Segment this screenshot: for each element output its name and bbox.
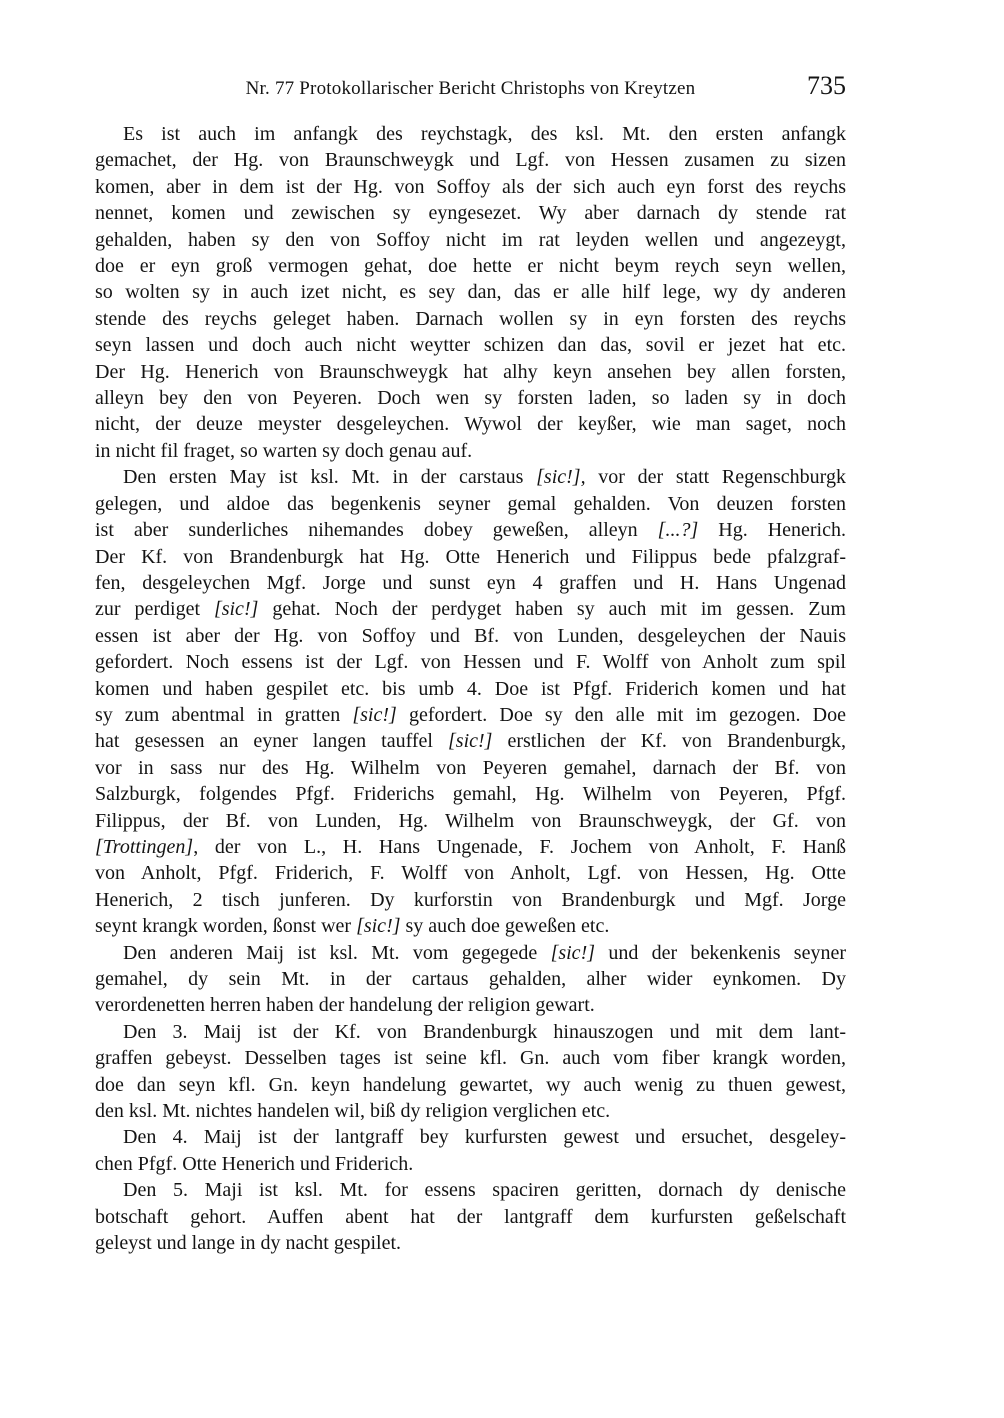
text-line: komen und haben gespilet etc. bis umb 4.… <box>95 676 846 702</box>
text-line: komen, aber in dem ist der Hg. von Soffo… <box>95 174 846 200</box>
paragraph: Den anderen Maij ist ksl. Mt. vom gegege… <box>95 940 846 1019</box>
book-page: Nr. 77 Protokollarischer Bericht Christo… <box>0 0 1004 1418</box>
text-segment: hat gesessen an eyner langen tauffel <box>95 730 448 752</box>
text-segment: geleyst und lange in dy nacht gespilet. <box>95 1232 401 1254</box>
text-line: sy zum abentmal in gratten [sic!] geford… <box>95 702 846 728</box>
text-segment: Der Kf. von Brandenburgk hat Hg. Otte He… <box>95 546 846 568</box>
text-segment: in nicht fil fraget, so warten sy doch g… <box>95 440 472 462</box>
text-line: hat gesessen an eyner langen tauffel [si… <box>95 728 846 754</box>
text-segment: Es ist auch im anfangk des reychstagk, d… <box>123 123 846 145</box>
text-segment: Henerich, 2 tisch junferen. Dy kurforsti… <box>95 889 846 911</box>
text-segment: Der Hg. Henerich von Braunschweygk hat a… <box>95 361 846 383</box>
text-segment: zur perdiget <box>95 598 214 620</box>
paragraph: Es ist auch im anfangk des reychstagk, d… <box>95 121 846 464</box>
text-line: Den ersten May ist ksl. Mt. in der carst… <box>95 464 846 490</box>
text-line: nennet, komen und zewischen sy eyngeseze… <box>95 200 846 226</box>
text-segment: Den 5. Maji ist ksl. Mt. for essens spac… <box>123 1179 846 1201</box>
text-line: doe er eyn groß vermogen gehat, doe hett… <box>95 253 846 279</box>
text-line: seyn lassen und doch auch nicht weytter … <box>95 332 846 358</box>
text-line: chen Pfgf. Otte Henerich und Friderich. <box>95 1151 846 1177</box>
paragraph: Den 5. Maji ist ksl. Mt. for essens spac… <box>95 1177 846 1256</box>
text-line: Der Kf. von Brandenburgk hat Hg. Otte He… <box>95 544 846 570</box>
running-head: Nr. 77 Protokollarischer Bericht Christo… <box>95 76 846 102</box>
text-line: gemachet, der Hg. von Braunschweygk und … <box>95 147 846 173</box>
text-segment: Den 3. Maij ist der Kf. von Brandenburgk… <box>123 1021 846 1043</box>
text-segment: gefordert. Noch essens ist der Lgf. von … <box>95 651 846 673</box>
text-segment: komen und haben gespilet etc. bis umb 4.… <box>95 678 846 700</box>
text-segment: so wolten sy in auch izet nicht, es sey … <box>95 281 846 303</box>
text-line: Filippus, der Bf. von Lunden, Hg. Wilhel… <box>95 808 846 834</box>
text-line: Den 3. Maij ist der Kf. von Brandenburgk… <box>95 1019 846 1045</box>
editorial-note: [sic!] <box>551 942 595 964</box>
text-line: essen ist aber der Hg. von Soffoy und Bf… <box>95 623 846 649</box>
text-line: ist aber sunderliches nihemandes dobey g… <box>95 517 846 543</box>
text-segment: vor der statt Regenschburgk <box>586 466 846 488</box>
text-line: seynt krangk worden, ßonst wer [sic!] sy… <box>95 913 846 939</box>
editorial-note: [sic!] <box>356 915 400 937</box>
text-segment: stende des reychs geleget haben. Darnach… <box>95 308 846 330</box>
text-block: Es ist auch im anfangk des reychstagk, d… <box>95 121 846 1256</box>
text-segment: alleyn bey den von Peyeren. Doch wen sy … <box>95 387 846 409</box>
paragraph: Den 4. Maij ist der lantgraff bey kurfur… <box>95 1124 846 1177</box>
text-segment: ist aber sunderliches nihemandes dobey g… <box>95 519 658 541</box>
text-segment: gelegen, und aldoe das begenkenis seyner… <box>95 493 846 515</box>
text-line: Salzburgk, folgendes Pfgf. Friderichs ge… <box>95 781 846 807</box>
text-segment: den ksl. Mt. nichtes handelen wil, biß d… <box>95 1100 610 1122</box>
text-line: zur perdiget [sic!] gehat. Noch der perd… <box>95 596 846 622</box>
text-segment: sy auch doe geweßen etc. <box>401 915 610 937</box>
text-line: gemahel, dy sein Mt. in der cartaus geha… <box>95 966 846 992</box>
text-line: Der Hg. Henerich von Braunschweygk hat a… <box>95 359 846 385</box>
text-segment: chen Pfgf. Otte Henerich und Friderich. <box>95 1153 413 1175</box>
text-segment: erstlichen der Kf. von Brandenburgk, <box>492 730 846 752</box>
text-line: gefordert. Noch essens ist der Lgf. von … <box>95 649 846 675</box>
text-segment: gemachet, der Hg. von Braunschweygk und … <box>95 149 846 171</box>
text-segment: Salzburgk, folgendes Pfgf. Friderichs ge… <box>95 783 846 805</box>
text-segment: essen ist aber der Hg. von Soffoy und Bf… <box>95 625 846 647</box>
text-segment: sy zum abentmal in gratten <box>95 704 352 726</box>
text-segment: gefordert. Doe sy den alle mit im gezoge… <box>397 704 846 726</box>
text-segment: nicht, der deuze meyster desgeleychen. W… <box>95 413 846 435</box>
text-line: so wolten sy in auch izet nicht, es sey … <box>95 279 846 305</box>
text-segment: , der von L., H. Hans Ungenade, F. Joche… <box>193 836 846 858</box>
text-segment: doe dan seyn kfl. Gn. keyn handelung gew… <box>95 1074 846 1096</box>
text-line: den ksl. Mt. nichtes handelen wil, biß d… <box>95 1098 846 1124</box>
text-line: Henerich, 2 tisch junferen. Dy kurforsti… <box>95 887 846 913</box>
editorial-note: [sic!] <box>352 704 396 726</box>
text-segment: vor in sass nur des Hg. Wilhelm von Peye… <box>95 757 846 779</box>
text-segment: gemahel, dy sein Mt. in der cartaus geha… <box>95 968 846 990</box>
text-segment: doe er eyn groß vermogen gehat, doe hett… <box>95 255 846 277</box>
text-segment: gehalden, haben sy den von Soffoy nicht … <box>95 229 846 251</box>
text-line: gelegen, und aldoe das begenkenis seyner… <box>95 491 846 517</box>
text-segment: Den ersten May ist ksl. Mt. in der carst… <box>123 466 536 488</box>
text-line: in nicht fil fraget, so warten sy doch g… <box>95 438 846 464</box>
text-segment: Den 4. Maij ist der lantgraff bey kurfur… <box>123 1126 846 1148</box>
text-segment: nennet, komen und zewischen sy eyngeseze… <box>95 202 846 224</box>
text-segment: graffen gebeyst. Desselben tages ist sei… <box>95 1047 846 1069</box>
text-segment: seyn lassen und doch auch nicht weytter … <box>95 334 846 356</box>
text-line: graffen gebeyst. Desselben tages ist sei… <box>95 1045 846 1071</box>
text-segment: botschaft gehort. Auffen abent hat der l… <box>95 1206 846 1228</box>
text-line: [Trottingen], der von L., H. Hans Ungena… <box>95 834 846 860</box>
text-line: fen, desgeleychen Mgf. Jorge und sunst e… <box>95 570 846 596</box>
text-line: botschaft gehort. Auffen abent hat der l… <box>95 1204 846 1230</box>
text-line: stende des reychs geleget haben. Darnach… <box>95 306 846 332</box>
text-segment: und der bekenkenis seyner <box>595 942 846 964</box>
text-line: vor in sass nur des Hg. Wilhelm von Peye… <box>95 755 846 781</box>
text-line: nicht, der deuze meyster desgeleychen. W… <box>95 411 846 437</box>
text-segment: von Anholt, Pfgf. Friderich, F. Wolff vo… <box>95 862 846 884</box>
text-segment: seynt krangk worden, ßonst wer <box>95 915 356 937</box>
text-segment: Hg. Henerich. <box>698 519 846 541</box>
text-line: doe dan seyn kfl. Gn. keyn handelung gew… <box>95 1072 846 1098</box>
page-header: Nr. 77 Protokollarischer Bericht Christo… <box>95 76 846 106</box>
editorial-note: [Trottingen] <box>95 836 193 858</box>
text-line: verordenetten herren haben der handelung… <box>95 992 846 1018</box>
text-segment: Filippus, der Bf. von Lunden, Hg. Wilhel… <box>95 810 846 832</box>
editorial-note: [sic!] <box>214 598 258 620</box>
text-segment: komen, aber in dem ist der Hg. von Soffo… <box>95 176 846 198</box>
text-line: geleyst und lange in dy nacht gespilet. <box>95 1230 846 1256</box>
text-line: von Anholt, Pfgf. Friderich, F. Wolff vo… <box>95 860 846 886</box>
editorial-note: [...?] <box>658 519 699 541</box>
text-segment: verordenetten herren haben der handelung… <box>95 994 595 1016</box>
text-line: Es ist auch im anfangk des reychstagk, d… <box>95 121 846 147</box>
page-number: 735 <box>807 71 846 101</box>
text-segment: fen, desgeleychen Mgf. Jorge und sunst e… <box>95 572 846 594</box>
editorial-note: [sic!], <box>536 466 585 488</box>
text-line: Den anderen Maij ist ksl. Mt. vom gegege… <box>95 940 846 966</box>
text-line: Den 4. Maij ist der lantgraff bey kurfur… <box>95 1124 846 1150</box>
text-line: gehalden, haben sy den von Soffoy nicht … <box>95 227 846 253</box>
text-line: alleyn bey den von Peyeren. Doch wen sy … <box>95 385 846 411</box>
paragraph: Den ersten May ist ksl. Mt. in der carst… <box>95 464 846 939</box>
text-segment: gehat. Noch der perdyget haben sy auch m… <box>258 598 846 620</box>
editorial-note: [sic!] <box>448 730 492 752</box>
paragraph: Den 3. Maij ist der Kf. von Brandenburgk… <box>95 1019 846 1125</box>
text-segment: Den anderen Maij ist ksl. Mt. vom gegege… <box>123 942 551 964</box>
text-line: Den 5. Maji ist ksl. Mt. for essens spac… <box>95 1177 846 1203</box>
